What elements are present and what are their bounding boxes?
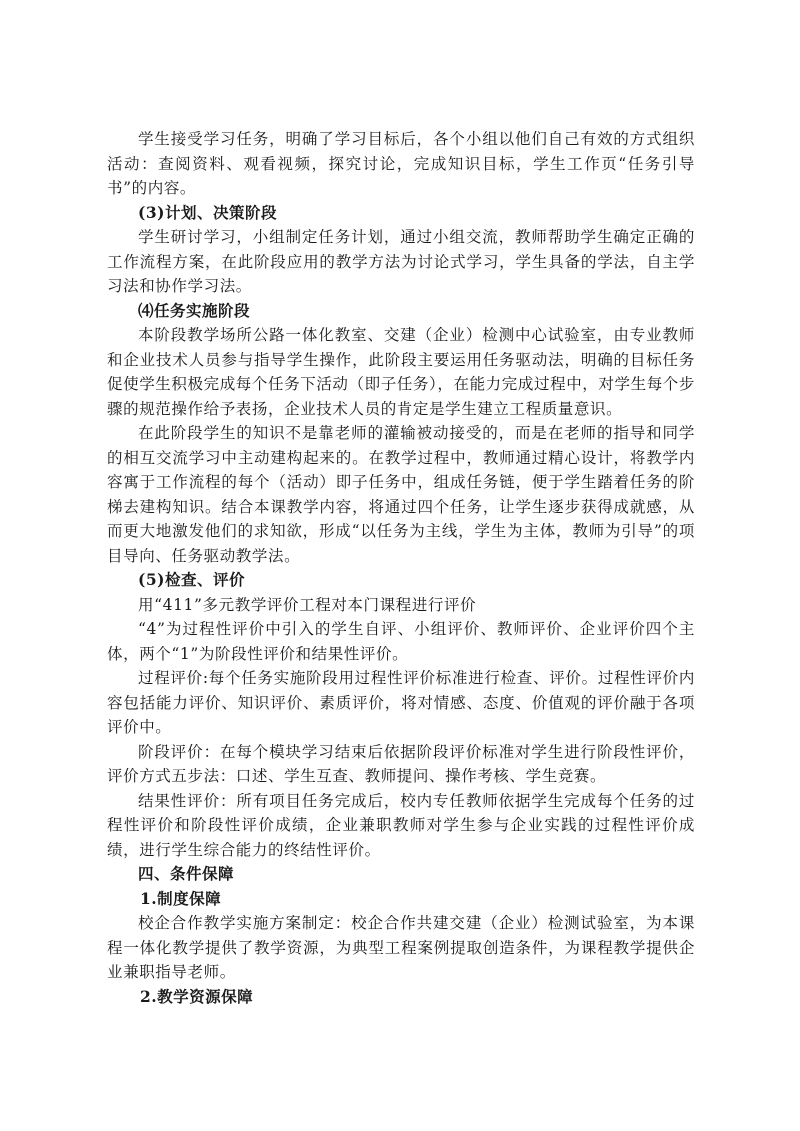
heading-teaching-resources-guarantee: 2.教学资源保障 — [107, 985, 695, 1010]
heading-plan-decision-stage: (3)计划、决策阶段 — [107, 201, 695, 226]
heading-conditions-guarantee: 四、条件保障 — [107, 862, 695, 887]
heading-task-implementation-stage: ⑷任务实施阶段 — [107, 299, 695, 324]
heading-check-evaluation: (5)检查、评价 — [107, 568, 695, 593]
paragraph-school-enterprise-cooperation: 校企合作教学实施方案制定：校企合作共建交建（企业）检测试验室，为本课程一体化教学… — [107, 911, 695, 985]
paragraph-evaluation-subjects: “4”为过程性评价中引入的学生自评、小组评价、教师评价、企业评价四个主体，两个“… — [107, 617, 695, 666]
paragraph-learning-tasks: 学生接受学习任务，明确了学习目标后，各个小组以他们自己有效的方式组织活动：查阅资… — [107, 127, 695, 201]
paragraph-411-evaluation: 用“411”多元教学评价工程对本门课程进行评价 — [107, 593, 695, 618]
document-page: 学生接受学习任务，明确了学习目标后，各个小组以他们自己有效的方式组织活动：查阅资… — [107, 127, 695, 1009]
paragraph-knowledge-construction: 在此阶段学生的知识不是靠老师的灌输被动接受的，而是在老师的指导和同学的相互交流学… — [107, 421, 695, 568]
paragraph-implementation-venue: 本阶段教学场所公路一体化教室、交建（企业）检测中心试验室，由专业教师和企业技术人… — [107, 323, 695, 421]
paragraph-stage-evaluation: 阶段评价：在每个模块学习结束后依据阶段评价标准对学生进行阶段性评价，评价方式五步… — [107, 740, 695, 789]
paragraph-plan-decision: 学生研讨学习，小组制定任务计划，通过小组交流，教师帮助学生确定正确的工作流程方案… — [107, 225, 695, 299]
heading-system-guarantee: 1.制度保障 — [107, 887, 695, 912]
paragraph-process-evaluation: 过程评价:每个任务实施阶段用过程性评价标准进行检查、评价。过程性评价内容包括能力… — [107, 666, 695, 740]
paragraph-result-evaluation: 结果性评价：所有项目任务完成后，校内专任教师依据学生完成每个任务的过程性评价和阶… — [107, 789, 695, 863]
